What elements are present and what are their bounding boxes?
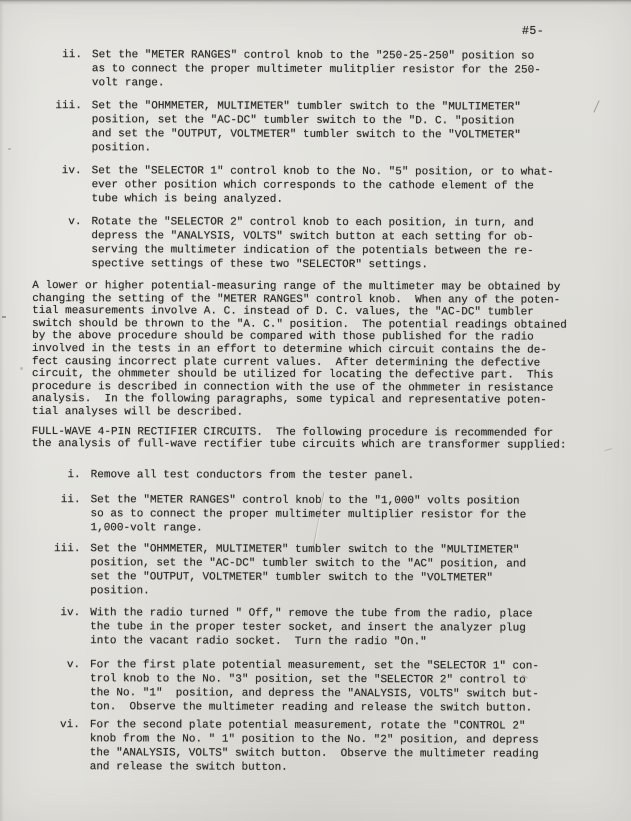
list-item-text: Remove all test conductors from the test… <box>91 468 414 483</box>
scan-speck <box>20 367 23 370</box>
list-item-text: Set the "METER RANGES" control knob to t… <box>92 48 541 91</box>
list-item-iv: iv. Set the "SELECTOR 1" control knob to… <box>33 164 611 208</box>
list-item-marker: v. <box>32 215 81 229</box>
list-item-text: For the first plate potential measuremen… <box>90 658 539 715</box>
list-item-ii: ii. Set the "METER RANGES" control knob … <box>33 48 611 92</box>
list-item-text: Set the "METER RANGES" control knob to t… <box>90 493 526 536</box>
list-item-marker: ii. <box>33 48 82 62</box>
list-item-ii: ii. Set the "METER RANGES" control knob … <box>31 493 609 537</box>
list-item-marker: vi. <box>31 718 80 732</box>
page-number: #5- <box>522 25 544 38</box>
procedure-list-1: ii. Set the "METER RANGES" control knob … <box>32 48 611 273</box>
list-item-marker: v. <box>31 658 80 672</box>
list-item-v: v. Rotate the "SELECTOR 2" control knob … <box>32 215 610 273</box>
scan-speck <box>8 148 11 150</box>
list-item-iv: iv. With the radio turned " Off," remove… <box>31 606 609 650</box>
list-item-text: Set the "OHMMETER, MULTIMETER" tumbler s… <box>90 542 526 599</box>
list-item-text: Rotate the "SELECTOR 2" control knob to … <box>91 215 533 272</box>
list-item-text: With the radio turned " Off," remove the… <box>90 606 532 649</box>
list-item-marker: iv. <box>33 164 82 178</box>
section-heading-paragraph: FULL-WAVE 4-PIN RECTIFIER CIRCUITS. The … <box>32 426 610 453</box>
list-item-iii: iii. Set the "OHMMETER, MULTIMETER" tumb… <box>33 99 611 157</box>
list-item-i: i. Remove all test conductors from the t… <box>32 468 610 484</box>
list-item-marker: ii. <box>32 493 81 507</box>
list-item-marker: i. <box>32 468 81 482</box>
list-item-text: For the second plate potential measureme… <box>90 718 539 775</box>
list-item-vi: vi. For the second plate potential measu… <box>31 718 609 776</box>
list-item-text: Set the "OHMMETER, MULTIMETER" tumbler s… <box>92 99 521 156</box>
list-item-v: v. For the first plate potential measure… <box>31 658 609 716</box>
document-page: #5- ii. Set the "METER RANGES" control k… <box>0 0 631 821</box>
body-paragraph: A lower or higher potential-measuring ra… <box>32 280 610 420</box>
list-item-text: Set the "SELECTOR 1" control knob to the… <box>92 164 554 207</box>
list-item-marker: iii. <box>31 542 80 556</box>
procedure-list-2: i. Remove all test conductors from the t… <box>31 468 610 776</box>
list-item-marker: iii. <box>33 99 82 113</box>
list-item-marker: iv. <box>31 606 80 620</box>
page-content: ii. Set the "METER RANGES" control knob … <box>31 48 611 776</box>
list-item-iii: iii. Set the "OHMMETER, MULTIMETER" tumb… <box>31 542 609 600</box>
scan-speck <box>2 316 6 318</box>
